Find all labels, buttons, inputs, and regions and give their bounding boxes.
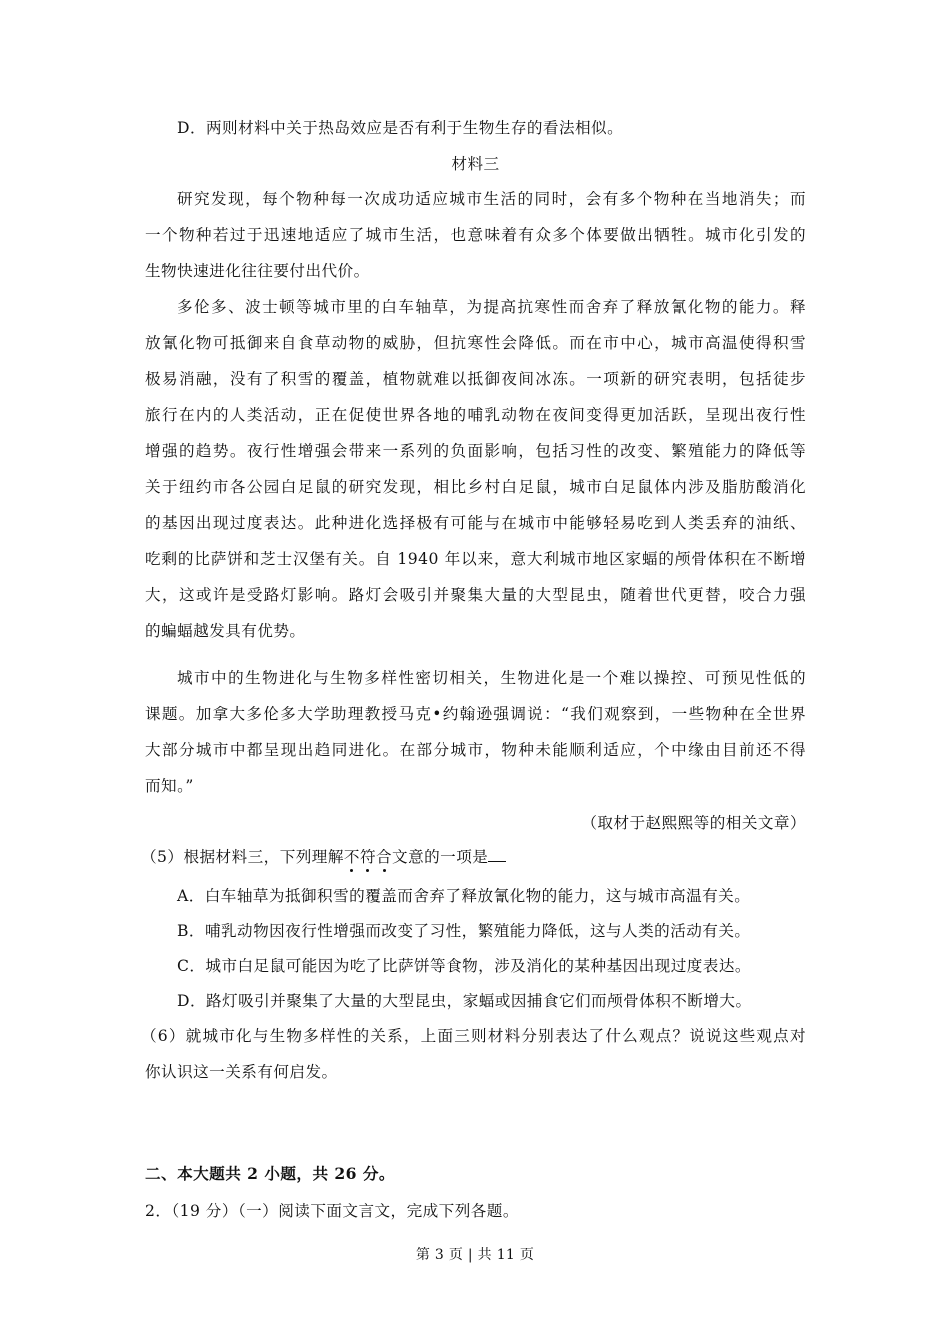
- material3-p2-line: 大，这或许是受路灯影响。路灯会吸引并聚集大量的大型昆虫，随着世代更替，咬合力强: [145, 585, 806, 605]
- material3-p2-line: 的蝙蝠越发具有优势。: [145, 621, 806, 641]
- material3-p2-line: 增强的趋势。夜行性增强会带来一系列的负面影响，包括习性的改变、繁殖能力的降低等: [145, 441, 806, 461]
- question-5-option-c: C．城市白足鼠可能因为吃了比萨饼等食物，涉及消化的某种基因出现过度表达。: [145, 956, 806, 976]
- question-5-stem: （5）根据材料三，下列理解不符合文意的一项是: [141, 847, 802, 867]
- material3-p2-line: 旅行在内的人类活动，正在促使世界各地的哺乳动物在夜间变得更加活跃，呈现出夜行性: [145, 405, 806, 425]
- emphasis-char: 不: [344, 848, 360, 866]
- material3-p2-line: 的基因出现过度表达。此种进化选择极有可能与在城市中能够轻易吃到人类丢弃的油纸、: [145, 513, 806, 533]
- material3-p3-line: 城市中的生物进化与生物多样性密切相关，生物进化是一个难以操控、可预见性低的: [145, 668, 806, 688]
- previous-option-d: D．两则材料中关于热岛效应是否有利于生物生存的看法相似。: [145, 118, 806, 138]
- emphasis-char: 符: [360, 848, 376, 866]
- answer-blank: [488, 847, 506, 862]
- material3-p2-line: 极易消融，没有了积雪的覆盖，植物就难以抵御夜间冰冻。一项新的研究表明，包括徒步: [145, 369, 806, 389]
- question-6-line: 你认识这一关系有何启发。: [145, 1062, 806, 1082]
- question-5-option-b: B．哺乳动物因夜行性增强而改变了习性，繁殖能力降低，这与人类的活动有关。: [145, 921, 806, 941]
- question-5-option-d: D．路灯吸引并聚集了大量的大型昆虫，家蝠或因捕食它们而颅骨体积不断增大。: [145, 991, 806, 1011]
- material3-p1-line: 研究发现，每个物种每一次成功适应城市生活的同时，会有多个物种在当地消失；而: [145, 189, 806, 209]
- emphasis-char: 合: [376, 848, 392, 866]
- material3-p1-line: 一个物种若过于迅速地适应了城市生活，也意味着有众多个体要做出牺牲。城市化引发的: [145, 225, 806, 245]
- question-6-line: （6）就城市化与生物多样性的关系，上面三则材料分别表达了什么观点？说说这些观点对: [141, 1026, 806, 1046]
- material3-p1-line: 生物快速进化往往要付出代价。: [145, 261, 806, 281]
- material3-p2-line: 关于纽约市各公园白足鼠的研究发现，相比乡村白足鼠，城市白足鼠体内涉及脂肪酸消化: [145, 477, 806, 497]
- page-footer: 第 3 页 | 共 11 页: [0, 1244, 950, 1264]
- question-2-stem: 2．（19 分）（一）阅读下面文言文，完成下列各题。: [145, 1201, 806, 1221]
- material3-title: 材料三: [145, 154, 806, 174]
- material3-p3-line: 而知。”: [145, 776, 806, 796]
- question-5-option-a: A．白车轴草为抵御积雪的覆盖而舍弃了释放氰化物的能力，这与城市高温有关。: [145, 886, 806, 906]
- material3-p3-line: 课题。加拿大多伦多大学助理教授马克•约翰逊强调说：“我们观察到，一些物种在全世界: [145, 704, 806, 724]
- question-5-prefix: （5）根据材料三，下列理解: [141, 848, 344, 866]
- question-5-suffix: 文意的一项是: [392, 848, 488, 866]
- material3-source: （取材于赵熙熙等的相关文章）: [145, 813, 806, 833]
- material3-p2-line: 吃剩的比萨饼和芝士汉堡有关。自 1940 年以来，意大利城市地区家蝠的颅骨体积在…: [145, 549, 806, 569]
- material3-p2-line: 放氰化物可抵御来自食草动物的威胁，但抗寒性会降低。而在市中心，城市高温使得积雪: [145, 333, 806, 353]
- section-2-heading: 二、本大题共 2 小题，共 26 分。: [145, 1164, 806, 1184]
- material3-p2-line: 多伦多、波士顿等城市里的白车轴草，为提高抗寒性而舍弃了释放氰化物的能力。释: [145, 297, 806, 317]
- material3-p3-line: 大部分城市中都呈现出趋同进化。在部分城市，物种未能顺利适应，个中缘由目前还不得: [145, 740, 806, 760]
